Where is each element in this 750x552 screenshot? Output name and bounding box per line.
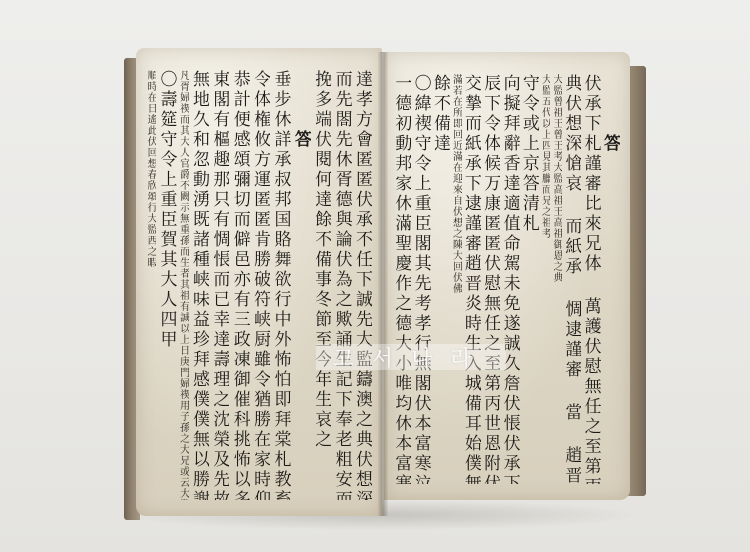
text-column: 大監五代以上四見其臘而兄之祖考 — [541, 74, 551, 484]
text-column: 伏承下札謹審比來兄体 萬護伏慰無任之至第丙世 御恩之 — [583, 74, 600, 484]
text-column: 令体権攸方運匿匿肯勝破符峡厨雖令猶勝在家時仰想棠 — [252, 70, 270, 500]
text-column: 答 — [603, 74, 620, 484]
right-page-columns: 答伏承下札謹審比來兄体 萬護伏慰無任之至第丙世 御恩之典伏想深愴哀 而紙承 惆逮… — [394, 74, 620, 484]
text-column: 典伏想深愴哀 而紙承 惆逮謹審 當 趙晋炎餘不備禮 — [564, 74, 581, 484]
left-page-columns: 達孝方會匿匿伏承不任下誠先大監鑄澳之典伏想深愴哀切而先閤先休胥德與論伏為之歟誦生… — [146, 70, 372, 500]
book-gutter — [378, 52, 388, 516]
text-column: 辰下令体候万康匿匿伏慰無任之至第丙世恩附伏想深愴 — [483, 74, 500, 484]
text-column: 凡胥婦禊而其大人官爵不闕示無重孫而生者其祖有誠以上日庚門婦禊用子孫之大兄或云大監… — [179, 70, 189, 500]
text-column: 無地久和忽動湧既諸種峡味益珍拜感僕僕無以勝謝餘不備 — [191, 70, 209, 500]
book-edge-right — [628, 66, 646, 496]
text-column: 大監曾祖王曾王考大監高祖王高祖御恩之典 — [552, 74, 562, 484]
text-column: 東閣有樞趣那只有惆悵而已幸達壽理之沈榮及先故感泣 — [211, 70, 229, 500]
text-column: 垂步休詳承叔邦国賂舞欲行中外怖怕即拜棠札教畜雪泣 — [272, 70, 290, 500]
text-column: 答 — [293, 70, 311, 500]
text-column: 向擬拜辭香達適值命駕未免遂誠久詹伏悵伏承下書謹審 — [502, 74, 519, 484]
text-column: 順時在日遙此伏回想春欣頌行大監西之暇 — [146, 70, 156, 500]
text-column: 而先閤先休胥德與論伏為之歟誦生記下奉老粗安而催科方棘悲 — [333, 70, 351, 500]
text-column: 恭計便感頌彌切而僻邑亦有三政凍御催科挑怖以多惱無妨矣 — [231, 70, 249, 500]
text-column: 〇緯禊守令上重臣閣其先考孝行無閣伏本富寒泣 — [413, 74, 430, 484]
photo-scene: 達孝方會匿匿伏承不任下誠先大監鑄澳之典伏想深愴哀切而先閤先休胥德與論伏為之歟誦生… — [0, 0, 750, 552]
left-page: 達孝方會匿匿伏承不任下誠先大監鑄澳之典伏想深愴哀切而先閤先休胥德與論伏為之歟誦生… — [136, 48, 382, 516]
text-column: 挽多端伏閱何達餘不備事冬節至今年生哀之 — [313, 70, 331, 500]
text-column: 一德初動邦家休滿聖慶作之德大小唯均休本富寒泣台体候 — [394, 74, 411, 484]
watermark: 고서나라 — [316, 344, 506, 370]
right-page: 答伏承下札謹審比來兄体 萬護伏慰無任之至第丙世 御恩之典伏想深愴哀 而紙承 惆逮… — [384, 52, 630, 500]
text-column: 〇壽筵守令上重臣賀其大人四甲 — [158, 70, 176, 500]
text-column: 交摯而紙承下逮謹審趙晋炎時生入城備耳始僕無悉他何仰達 — [464, 74, 481, 484]
text-column: 達孝方會匿匿伏承不任下誠先大監鑄澳之典伏想深愴哀切 — [354, 70, 372, 500]
text-column: 餘不備達 — [433, 74, 450, 484]
text-column: 滿若在所即回近滿在迎來自伏想之陳大回伏佛 — [452, 74, 462, 484]
text-column: 守令或上京答清札 — [522, 74, 539, 484]
